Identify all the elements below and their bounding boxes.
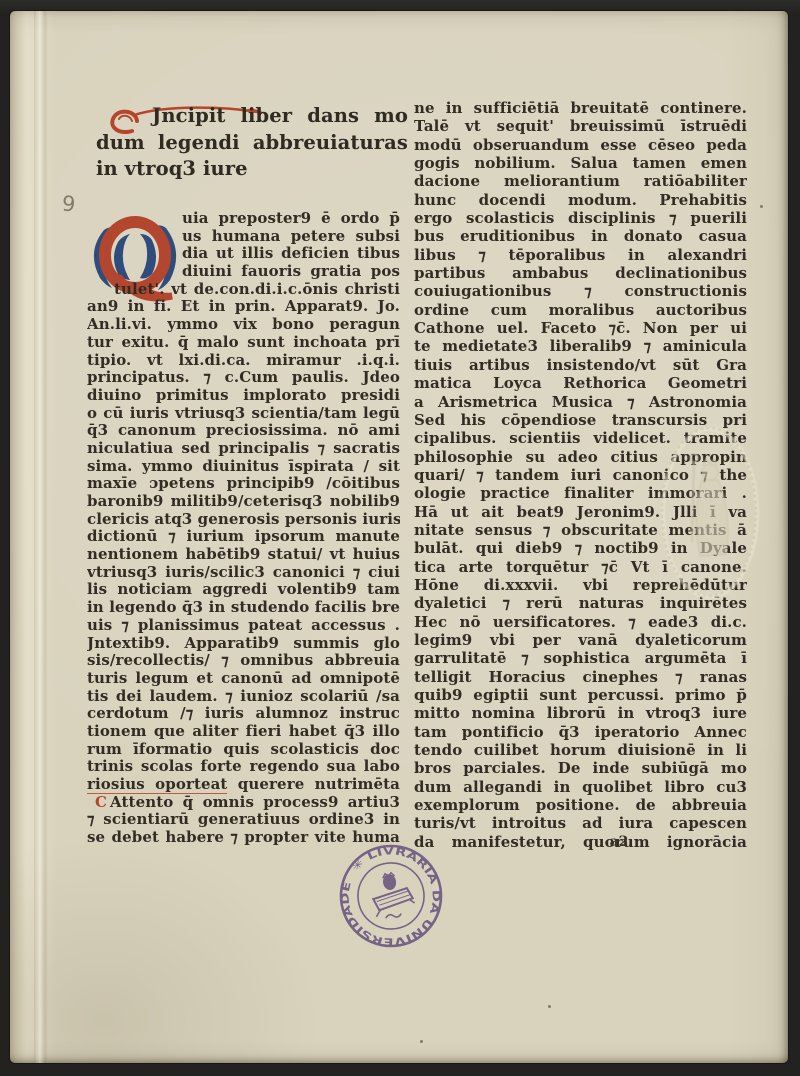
- signature-mark: a2: [596, 834, 642, 850]
- rubric-paragraph-mark: C: [95, 794, 110, 811]
- text-line: bus eruditionibus in donato casua: [414, 227, 747, 245]
- text-line: dia ut illis deficien tibus: [87, 245, 400, 263]
- stamp-text: ✳ LIVRARIA DA UNIVERSIDADE: [331, 837, 450, 956]
- text-line: telligit Horacius cinephes ⁊ ranas: [414, 668, 747, 686]
- book-scan: Jncipit liber dans modum legendi abbreui…: [0, 0, 800, 1076]
- text-line: riosius oporteat querere nutrimēta: [87, 776, 400, 794]
- text-line: modū obseruandum esse cēseo peda: [414, 136, 747, 154]
- svg-text:✳ LIVRARIA DA UNIVERSIDADE: ✳ LIVRARIA DA UNIVERSIDADE: [331, 837, 450, 956]
- text-line: cerdotum /⁊ iuris alumnoz instruc: [87, 705, 400, 723]
- text-line: tulet'. vt de.con.di.i.c.ōnis christi: [87, 281, 400, 299]
- rubricated-underline-text: riosius oporteat: [87, 776, 227, 794]
- text-line: in legendo q̄3 in studendo facilis bre: [87, 599, 400, 617]
- text-line: an9 in fi. Et in prin. Apparat9. Jo.: [87, 298, 400, 316]
- text-line: principatus. ⁊ c.Cum paulis. Jdeo: [87, 369, 400, 387]
- text-line: garrulitatē ⁊ sophistica argumēta ī: [414, 649, 747, 667]
- text-line: sis/recollectis/ ⁊ omnibus abbreuia: [87, 652, 400, 670]
- text-line: niculatiua sed principalis ⁊ sacratis: [87, 440, 400, 458]
- text-line: diuini fauoris gratia pos: [87, 263, 400, 281]
- text-line: trinis scolas forte regendo sua labo: [87, 758, 400, 776]
- text-line: q̄3 canonum preciosissima. nō ami: [87, 422, 400, 440]
- text-line: Hec nō uersificatores. ⁊ eade3 di.c.: [414, 613, 747, 631]
- text-line: sima. ymmo diuinitus īspirata / sit: [87, 458, 400, 476]
- text-line: turis legum et canonū ad omnipotē: [87, 670, 400, 688]
- embossed-seal: [652, 420, 768, 606]
- text-line: dum allegandi in quolibet libro cu3: [414, 778, 747, 796]
- text-line: baronib9 militib9/ceterisq3 nobilib9: [87, 493, 400, 511]
- paper-speck: [548, 1005, 551, 1008]
- text-line: tipio. vt lxi.di.ca. miramur .i.q.i.: [87, 352, 400, 370]
- text-line: maxīe ɔpetens principib9 /cōitibus: [87, 475, 400, 493]
- text-line: Jntextib9. Apparatib9 summis glo: [87, 635, 400, 653]
- text-line: CAttento q̄ omnis process9 artiu3: [87, 794, 400, 812]
- text-line: legim9 vbi per vanā dyaleticorum: [414, 631, 747, 649]
- text-line: tis dei laudem. ⁊ iunioz scolariū /sa: [87, 688, 400, 706]
- text-line: ordine cum moralibus auctoribus: [414, 301, 747, 319]
- text-line: ergo scolasticis disciplinis ⁊ puerili: [414, 209, 747, 227]
- text-line: tur exitu. q̄ malo sunt inchoata prī: [87, 334, 400, 352]
- text-line: matica Loyca Rethorica Geometri: [414, 374, 747, 392]
- text-line: ⁊ scientiarū generatiuus ordine3 in: [87, 811, 400, 829]
- embossed-figure: [690, 454, 728, 556]
- text-line: hunc docendi modum. Prehabitis: [414, 191, 747, 209]
- text-line: diuino primitus implorato presidi: [87, 387, 400, 405]
- left-column: uia preposter9 ē ordo p̄us humana petere…: [87, 210, 400, 847]
- text-line: libus ⁊ tēporalibus in alexandri: [414, 246, 747, 264]
- text-line: a Arismetrica Musica ⁊ Astronomia: [414, 393, 747, 411]
- text-line: turis/vt introitus ad iura capescen: [414, 814, 747, 832]
- text-line: tiuis artibus insistendo/vt sūt Gra: [414, 356, 747, 374]
- text-line: ne in sufficiētiā breuitatē continere.: [414, 99, 747, 117]
- text-line: uia preposter9 ē ordo p̄: [87, 210, 400, 228]
- text-line: exemplorum positione. de abbreuia: [414, 796, 747, 814]
- text-line: An.li.vi. ymmo vix bono peragun: [87, 316, 400, 334]
- text-line: Cathone uel. Faceto ⁊c̄. Non per ui: [414, 319, 747, 337]
- text-line: bros parciales. De inde subiūgā mo: [414, 759, 747, 777]
- text-line: us humana petere subsi: [87, 228, 400, 246]
- paper-speck: [420, 1040, 423, 1043]
- text-line: lis noticiam aggredi volentib9 tam: [87, 581, 400, 599]
- text-line: uis ⁊ planissimus pateat accessus .: [87, 617, 400, 635]
- paper-speck: [760, 205, 763, 208]
- text-line: rum īformatio quis scolasticis doc: [87, 741, 400, 759]
- library-stamp: ✳ LIVRARIA DA UNIVERSIDADE: [327, 832, 454, 959]
- text-line: mitto nomina librorū in vtroq3 iure: [414, 704, 747, 722]
- text-line: in vtroq3 iure: [96, 156, 408, 183]
- text-line: dictionū ⁊ iurium ipsorum manute: [87, 528, 400, 546]
- text-line: vtriusq3 iuris/scilic3 canonici ⁊ ciui: [87, 564, 400, 582]
- text-line: Talē vt sequit' breuissimū īstruēdi: [414, 117, 747, 135]
- text-line: couiugationibus ⁊ constructionis: [414, 282, 747, 300]
- text-line: clericis atq3 generosis personis iuris: [87, 511, 400, 529]
- text-line: tionem que aliter fieri habet q̄3 illo: [87, 723, 400, 741]
- text-line: Jncipit liber dans mo: [96, 103, 408, 130]
- text-line: dacione meliorantium ratiōabiliter: [414, 172, 747, 190]
- text-line: o cū iuris vtriusq3 scientia/tam legū: [87, 405, 400, 423]
- text-line: te medietate3 liberalib9 ⁊ aminicula: [414, 337, 747, 355]
- text-line: tam pontificio q̄3 iperatorio Annec: [414, 723, 747, 741]
- text-line: partibus ambabus declinationibus: [414, 264, 747, 282]
- text-line: dum legendi abbreuiaturas: [96, 130, 408, 157]
- stamp-emblem-owl-icon: [369, 870, 416, 921]
- margin-annotation: 9: [61, 192, 76, 217]
- text-line: se debet habere ⁊ propter vite huma: [87, 829, 400, 847]
- text-line: da manifestetur, quorum ignorācia: [414, 833, 747, 851]
- text-line: tendo cuilibet horum diuisionē in li: [414, 741, 747, 759]
- text-line: nentionem habētib9 statui/ vt huius: [87, 546, 400, 564]
- heading: Jncipit liber dans modum legendi abbreui…: [96, 103, 408, 183]
- gutter-crease: [34, 11, 48, 1063]
- text-line: gogis nobilium. Salua tamen emen: [414, 154, 747, 172]
- text-line: quib9 egiptii sunt percussi. primo p̄: [414, 686, 747, 704]
